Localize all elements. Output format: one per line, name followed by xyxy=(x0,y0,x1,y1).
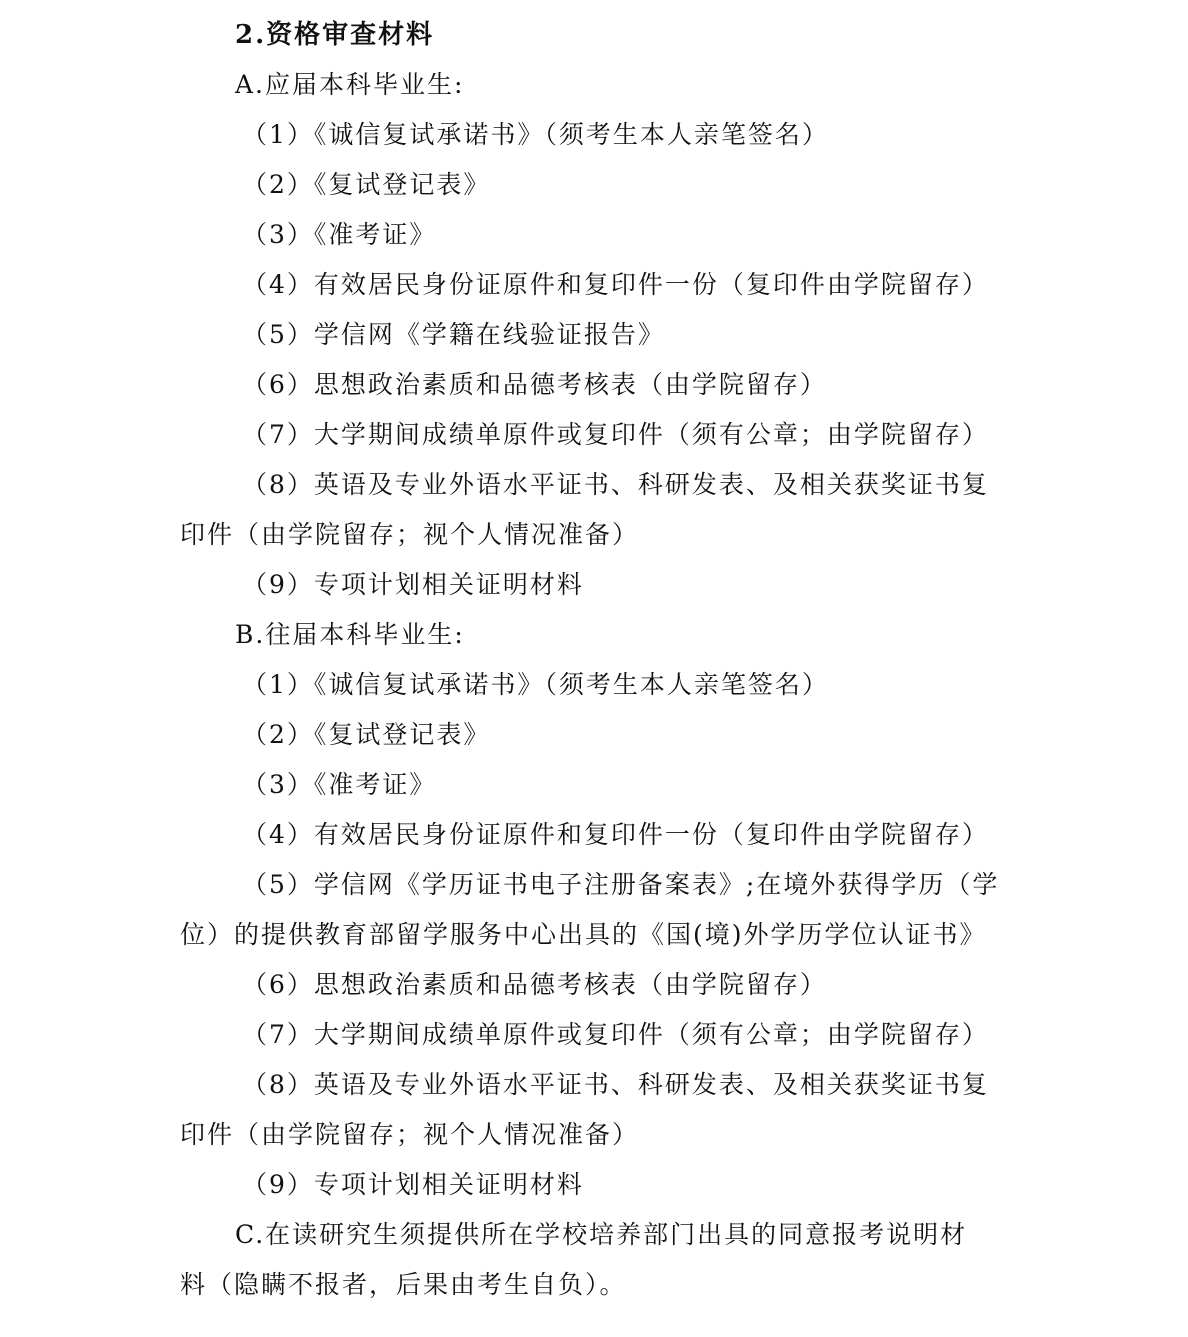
group-a-item-8-continuation: 印件（由学院留存；视个人情况准备） xyxy=(180,510,1010,560)
note-c: C.在读研究生须提供所在学校培养部门出具的同意报考说明材 料（隐瞒不报者，后果由… xyxy=(180,1210,1010,1310)
group-a-item-6: （6）思想政治素质和品德考核表（由学院留存） xyxy=(180,360,1010,410)
group-b-item-9: （9）专项计划相关证明材料 xyxy=(180,1160,1010,1210)
document-page: 2.资格审查材料 A.应届本科毕业生: （1）《诚信复试承诺书》（须考生本人亲笔… xyxy=(180,10,1010,1310)
group-b-item-8: （8）英语及专业外语水平证书、科研发表、及相关获奖证书复 xyxy=(180,1060,1010,1110)
group-b-item-8-continuation: 印件（由学院留存；视个人情况准备） xyxy=(180,1110,1010,1160)
group-b-item-5-continuation: 位）的提供教育部留学服务中心出具的《国(境)外学历学位认证书》 xyxy=(180,910,1010,960)
group-a-item-5: （5）学信网《学籍在线验证报告》 xyxy=(180,310,1010,360)
group-b-item-2: （2）《复试登记表》 xyxy=(180,710,1010,760)
group-a-item-7: （7）大学期间成绩单原件或复印件（须有公章；由学院留存） xyxy=(180,410,1010,460)
section-title: 2.资格审查材料 xyxy=(180,10,1010,60)
group-b-heading: B.往届本科毕业生: xyxy=(180,610,1010,660)
group-a: A.应届本科毕业生: （1）《诚信复试承诺书》（须考生本人亲笔签名） （2）《复… xyxy=(180,60,1010,610)
group-a-item-9: （9）专项计划相关证明材料 xyxy=(180,560,1010,610)
note-c-line-2: 料（隐瞒不报者，后果由考生自负）。 xyxy=(180,1260,1010,1310)
group-b-item-6: （6）思想政治素质和品德考核表（由学院留存） xyxy=(180,960,1010,1010)
group-b: B.往届本科毕业生: （1）《诚信复试承诺书》（须考生本人亲笔签名） （2）《复… xyxy=(180,610,1010,1210)
group-a-item-4: （4）有效居民身份证原件和复印件一份（复印件由学院留存） xyxy=(180,260,1010,310)
group-b-item-7: （7）大学期间成绩单原件或复印件（须有公章；由学院留存） xyxy=(180,1010,1010,1060)
group-a-item-3: （3）《准考证》 xyxy=(180,210,1010,260)
group-a-item-1: （1）《诚信复试承诺书》（须考生本人亲笔签名） xyxy=(180,110,1010,160)
group-b-item-5: （5）学信网《学历证书电子注册备案表》;在境外获得学历（学 xyxy=(180,860,1010,910)
group-a-item-2: （2）《复试登记表》 xyxy=(180,160,1010,210)
group-a-heading: A.应届本科毕业生: xyxy=(180,60,1010,110)
group-b-item-1: （1）《诚信复试承诺书》（须考生本人亲笔签名） xyxy=(180,660,1010,710)
group-b-item-3: （3）《准考证》 xyxy=(180,760,1010,810)
group-a-item-8: （8）英语及专业外语水平证书、科研发表、及相关获奖证书复 xyxy=(180,460,1010,510)
group-b-item-4: （4）有效居民身份证原件和复印件一份（复印件由学院留存） xyxy=(180,810,1010,860)
note-c-line-1: C.在读研究生须提供所在学校培养部门出具的同意报考说明材 xyxy=(180,1210,1010,1260)
